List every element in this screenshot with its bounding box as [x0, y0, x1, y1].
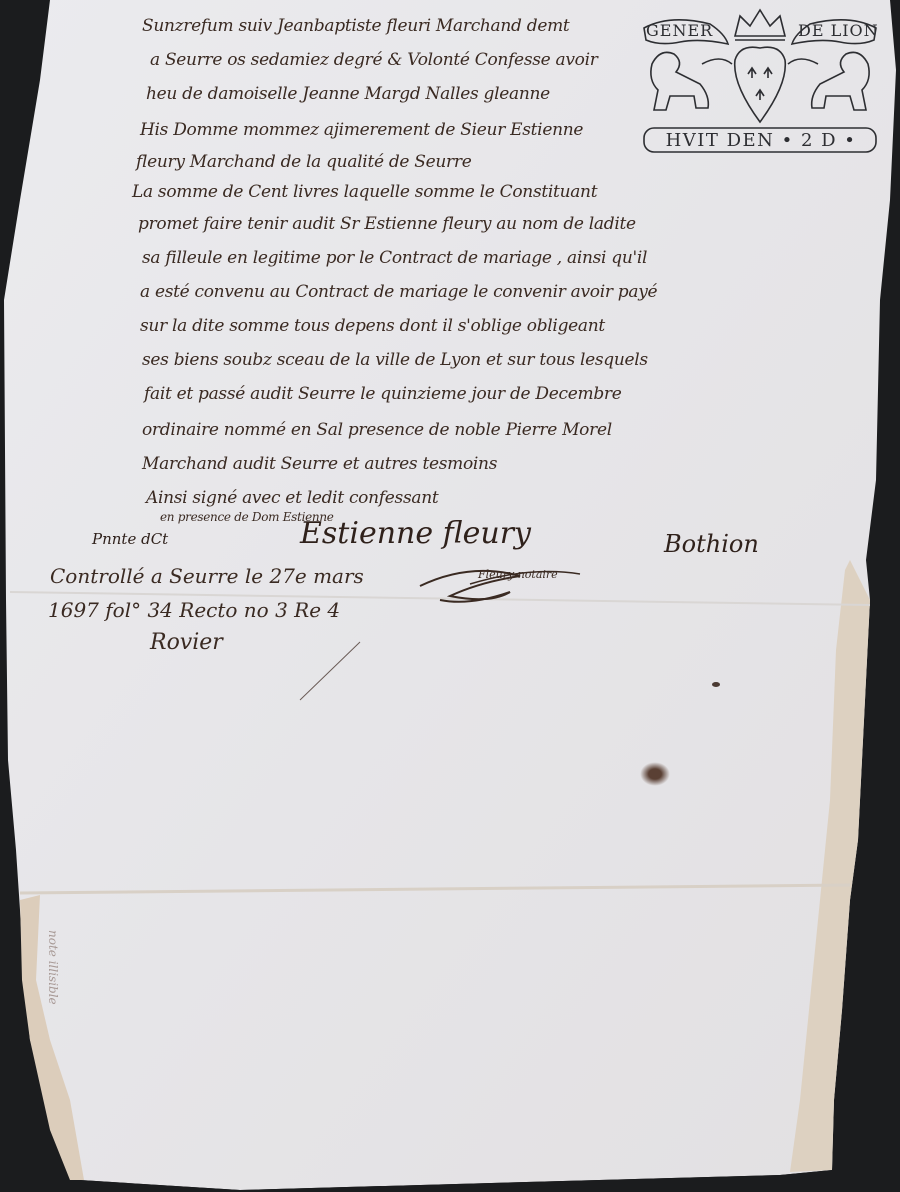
body-line-5: fleury Marchand de la qualité de Seurre [136, 152, 471, 172]
faded-margin-text: note illisible [46, 930, 60, 1005]
stamp-seal: GENER DE LION HVIT DEN • 2 D • [640, 4, 880, 154]
body-line-10: sur la dite somme tous depens dont il s'… [140, 316, 605, 336]
body-line-11: ses biens soubz sceau de la ville de Lyo… [142, 350, 648, 370]
body-line-13: ordinaire nommé en Sal presence de noble… [142, 420, 612, 440]
body-line-14: Marchand audit Seurre et autres tesmoins [142, 454, 497, 474]
ink-stain [640, 762, 670, 786]
main-signature: Estienne fleury [300, 516, 531, 551]
stamp-value-banner: HVIT DEN • 2 D • [646, 130, 876, 151]
body-line-15: Ainsi signé avec et ledit confessant [146, 488, 438, 508]
body-line-3: heu de damoiselle Jeanne Margd Nalles gl… [146, 84, 550, 104]
body-line-12: fait et passé audit Seurre le quinzieme … [144, 384, 622, 404]
body-line-2: a Seurre os sedamiez degré & Volonté Con… [150, 50, 598, 70]
body-line-8: sa filleule en legitime por le Contract … [142, 248, 647, 268]
document-page: GENER DE LION HVIT DEN • 2 D • Sunzrefum… [0, 0, 900, 1192]
stamp-banner-left: GENER [646, 21, 713, 40]
stamp-banner-right: DE LION [798, 21, 879, 40]
paraph-flourish-icon [410, 556, 590, 616]
body-line-1: Sunzrefum suiv Jeanbaptiste fleuri March… [142, 16, 569, 36]
ink-spot [712, 682, 720, 687]
left-signature-note: Pnnte dCt [92, 530, 168, 548]
body-line-6: La somme de Cent livres laquelle somme l… [132, 182, 832, 202]
registration-line-1: Controllé a Seurre le 27e mars [50, 564, 364, 588]
registration-signer: Rovier [150, 630, 223, 655]
pen-stroke-icon [290, 636, 370, 706]
body-line-4: His Domme mommez ajimerement de Sieur Es… [140, 120, 583, 140]
second-signature: Bothion [664, 530, 759, 558]
body-line-9: a esté convenu au Contract de mariage le… [140, 282, 657, 302]
registration-line-2: 1697 fol° 34 Recto no 3 Re 4 [48, 598, 340, 622]
body-line-7: promet faire tenir audit Sr Estienne fle… [138, 214, 636, 234]
